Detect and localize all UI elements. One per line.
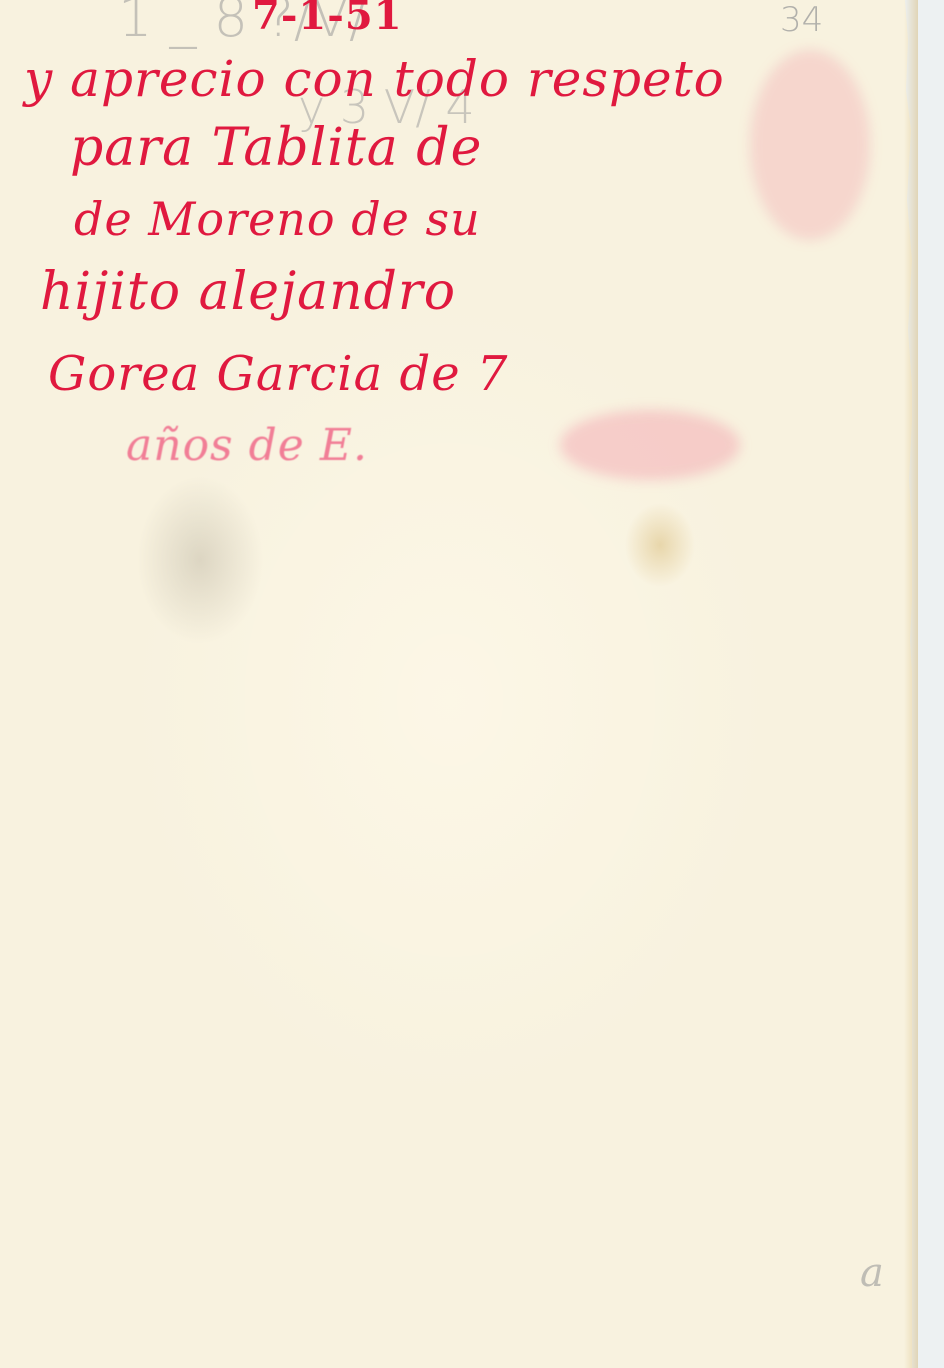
inscription-line-3: de Moreno de su bbox=[74, 192, 481, 246]
ink-smudge bbox=[560, 410, 740, 480]
inscription-line-4: hijito alejandro bbox=[40, 262, 456, 322]
page-number: 34 bbox=[780, 0, 823, 40]
inscription-line-2: para Tablita de bbox=[70, 118, 482, 178]
inscription-line-1: y aprecio con todo respeto bbox=[24, 50, 725, 108]
inscription-line-5: Gorea Garcia de 7 bbox=[48, 346, 508, 402]
ink-smudge bbox=[750, 50, 870, 240]
pencil-mark-bottom-right: a bbox=[860, 1250, 884, 1296]
inscription-date: 7-1-51 bbox=[252, 0, 403, 39]
inscription-line-6: años de E. bbox=[126, 420, 368, 471]
